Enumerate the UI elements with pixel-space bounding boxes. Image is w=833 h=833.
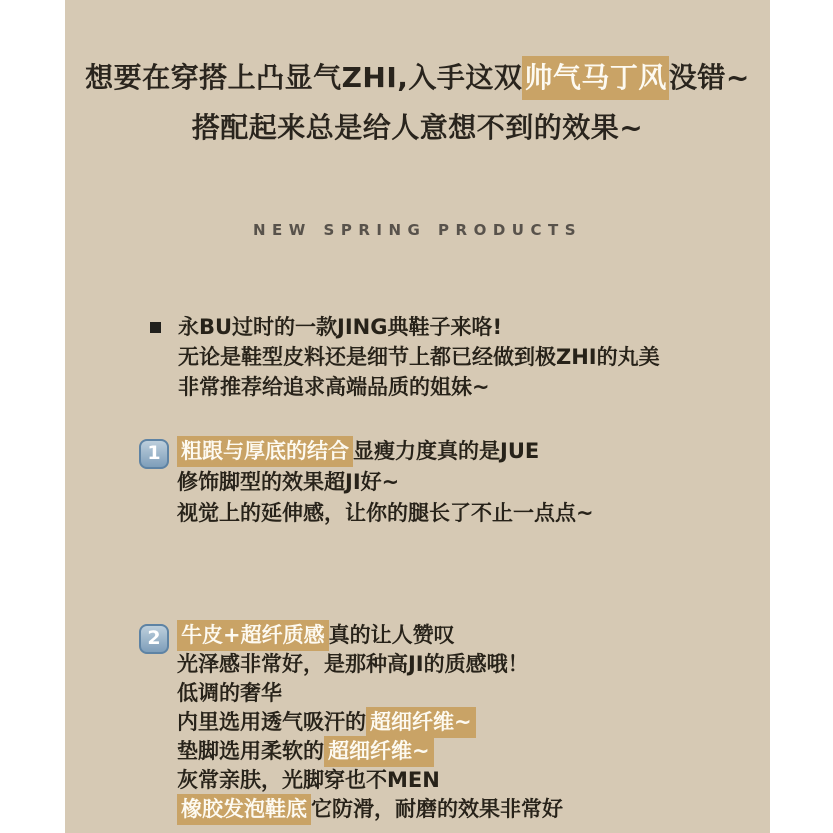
headline-line-1: 想要在穿搭上凸显气ZHI,入手这双帅气马丁风没错~: [65, 59, 770, 97]
intro-lines: 永BU过时的一款JING典鞋子来咯! 无论是鞋型皮料还是细节上都已经做到极ZHI…: [178, 312, 660, 402]
feature-section-2: 2 牛皮+超纤质感真的让人赞叹 光泽感非常好，是那种高JI的质感哦！ 低调的奢华…: [139, 621, 563, 824]
feature-line: 光泽感非常好，是那种高JI的质感哦！: [177, 650, 563, 679]
feature-text: 真的让人赞叹: [329, 623, 455, 647]
feature-text: 垫脚选用柔软的: [177, 739, 324, 763]
feature-line: 垫脚选用柔软的超细纤维~: [177, 737, 563, 766]
highlight-phrase: 粗跟与厚底的结合: [177, 436, 353, 467]
intro-line: 非常推荐给追求高端品质的姐妹~: [178, 372, 660, 402]
feature-line: 粗跟与厚底的结合显瘦力度真的是JUE: [177, 436, 594, 467]
feature-section-1: 1 粗跟与厚底的结合显瘦力度真的是JUE 修饰脚型的效果超JI好~ 视觉上的延伸…: [139, 436, 594, 529]
intro-block: 永BU过时的一款JING典鞋子来咯! 无论是鞋型皮料还是细节上都已经做到极ZHI…: [150, 312, 660, 402]
feature-text: 内里选用透气吸汗的: [177, 710, 366, 734]
headline-line-1-post: 没错~: [669, 61, 750, 94]
square-bullet-icon: [150, 322, 161, 333]
feature-text: 低调的奢华: [177, 681, 282, 705]
keycap-2-icon: 2: [139, 624, 169, 654]
feature-text: 它防滑，耐磨的效果非常好: [311, 797, 563, 821]
eyebrow-text: NEW SPRING PRODUCTS: [65, 221, 770, 239]
headline: 想要在穿搭上凸显气ZHI,入手这双帅气马丁风没错~ 搭配起来总是给人意想不到的效…: [65, 59, 770, 147]
feature-text: 视觉上的延伸感，让你的腿长了不止一点点~: [177, 501, 594, 525]
headline-line-1-pre: 想要在穿搭上凸显气ZHI,入手这双: [85, 61, 522, 94]
keycap-1-icon: 1: [139, 439, 169, 469]
feature-text: 修饰脚型的效果超JI好~: [177, 470, 399, 494]
feature-text: 光泽感非常好，是那种高JI的质感哦！: [177, 652, 529, 676]
headline-highlight: 帅气马丁风: [522, 56, 669, 100]
headline-line-2: 搭配起来总是给人意想不到的效果~: [65, 109, 770, 147]
poster-background-panel: 想要在穿搭上凸显气ZHI,入手这双帅气马丁风没错~ 搭配起来总是给人意想不到的效…: [65, 0, 770, 833]
feature-line: 视觉上的延伸感，让你的腿长了不止一点点~: [177, 498, 594, 529]
highlight-phrase: 牛皮+超纤质感: [177, 620, 329, 651]
highlight-phrase: 橡胶发泡鞋底: [177, 794, 311, 825]
intro-line: 无论是鞋型皮料还是细节上都已经做到极ZHI的丸美: [178, 342, 660, 372]
feature-line: 低调的奢华: [177, 679, 563, 708]
feature-line: 修饰脚型的效果超JI好~: [177, 467, 594, 498]
feature-text: 灰常亲肤，光脚穿也不MEN: [177, 768, 440, 792]
feature-line: 橡胶发泡鞋底它防滑，耐磨的效果非常好: [177, 795, 563, 824]
highlight-phrase: 超细纤维~: [324, 736, 434, 767]
feature-line: 灰常亲肤，光脚穿也不MEN: [177, 766, 563, 795]
highlight-phrase: 超细纤维~: [366, 707, 476, 738]
feature-text: 显瘦力度真的是JUE: [353, 439, 539, 463]
feature-line: 内里选用透气吸汗的超细纤维~: [177, 708, 563, 737]
intro-line: 永BU过时的一款JING典鞋子来咯!: [178, 312, 660, 342]
feature-section-1-lines: 粗跟与厚底的结合显瘦力度真的是JUE 修饰脚型的效果超JI好~ 视觉上的延伸感，…: [177, 436, 594, 529]
feature-line: 牛皮+超纤质感真的让人赞叹: [177, 621, 563, 650]
feature-section-2-lines: 牛皮+超纤质感真的让人赞叹 光泽感非常好，是那种高JI的质感哦！ 低调的奢华 内…: [177, 621, 563, 824]
